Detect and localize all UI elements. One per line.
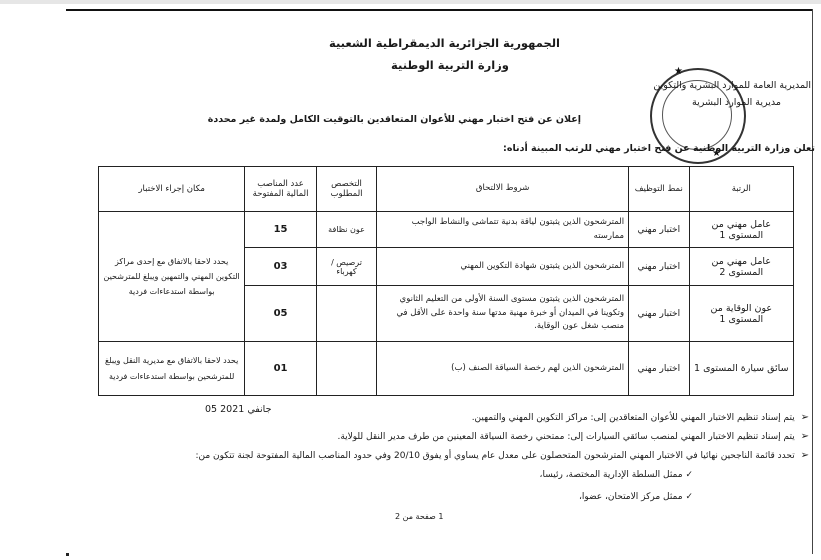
cell-mode: اختبار مهني [629, 248, 689, 286]
committee-text: ممثل مركز الامتحان، عضوا، [579, 492, 683, 502]
ministry-heading: وزارة التربية الوطنية [340, 58, 560, 72]
cell-grade: عامل مهني من المستوى 2 [689, 248, 793, 286]
star-icon: ★ [674, 66, 683, 77]
cell-count: 05 [245, 286, 316, 342]
col-mode: نمط التوظيف [629, 167, 689, 212]
note-item: ➢ يتم إسناد تنظيم الاختبار المهني للأعوا… [109, 412, 809, 431]
col-place: مكان إجراء الاختبار [99, 167, 245, 212]
cell-mode: اختبار مهني [629, 212, 689, 248]
cell-place: يحدد لاحقا بالاتفاق مع إحدى مراكز التكوي… [99, 212, 245, 342]
arrow-bullet-icon: ➢ [801, 450, 809, 461]
directorate-general: المديرية العامة للموارد البشرية والتكوين [653, 80, 811, 91]
cell-conditions: المترشحون الذين يثبتون شهادة التكوين الم… [377, 248, 629, 286]
announcement-intro: تعلن وزارة التربية الوطنية عن فتح اختبار… [503, 143, 815, 154]
page-right-edge [812, 9, 813, 554]
notes-list: ➢ يتم إسناد تنظيم الاختبار المهني للأعوا… [109, 412, 809, 469]
committee-text: ممثل السلطة الإدارية المختصة، رئيسا، [540, 470, 683, 480]
directorate-hr: مديرية الموارد البشرية [692, 97, 781, 108]
cell-grade: سائق سيارة المستوى 1 [689, 342, 793, 396]
cell-count: 01 [245, 342, 316, 396]
page-number: 1 صفحة من 2 [395, 512, 443, 521]
committee-item: ✓ ممثل السلطة الإدارية المختصة، رئيسا، [540, 470, 693, 492]
committee-list: ✓ ممثل السلطة الإدارية المختصة، رئيسا، ✓… [540, 470, 693, 514]
check-icon: ✓ [685, 470, 693, 480]
cell-conditions: المترشحون الذين يثبتون لياقة بدنية تتماش… [377, 212, 629, 248]
col-conditions: شروط الالتحاق [377, 167, 629, 212]
scan-mark [66, 553, 69, 556]
cell-specialty: ترصيص / كهرباء [316, 248, 376, 286]
note-text: يتم إسناد تنظيم الاختبار المهني للأعوان … [472, 413, 795, 423]
cell-conditions: المترشحون الذين يثبتون مستوى السنة الأول… [377, 286, 629, 342]
arrow-bullet-icon: ➢ [801, 431, 809, 442]
cell-place: يحدد لاحقا بالاتفاق مع مديرية النقل ويبل… [99, 342, 245, 396]
cell-specialty: عون نظافة [316, 212, 376, 248]
cell-conditions: المترشحون الذين لهم رخصة السياقة الصنف (… [377, 342, 629, 396]
check-icon: ✓ [685, 492, 693, 502]
positions-table: الرتبة نمط التوظيف شروط الالتحاق التخصص … [98, 166, 794, 396]
page-top-rule [66, 9, 812, 11]
table-row: سائق سيارة المستوى 1 اختبار مهني المترشح… [99, 342, 794, 396]
republic-heading: الجمهورية الجزائرية الديمقراطية الشعبية [340, 36, 560, 50]
table-header-row: الرتبة نمط التوظيف شروط الالتحاق التخصص … [99, 167, 794, 212]
note-text: يتم إسناد تنظيم الاختبار المهني لمنصب سا… [337, 432, 794, 442]
col-grade: الرتبة [689, 167, 793, 212]
cell-mode: اختبار مهني [629, 286, 689, 342]
cell-mode: اختبار مهني [629, 342, 689, 396]
committee-item: ✓ ممثل مركز الامتحان، عضوا، [540, 492, 693, 514]
col-specialty: التخصص المطلوب [316, 167, 376, 212]
col-count: عدد المناصب المالية المفتوحة [245, 167, 316, 212]
cell-grade: عامل مهني من المستوى 1 [689, 212, 793, 248]
note-item: ➢ تحدد قائمة الناجحين نهائيا في الاختبار… [109, 450, 809, 469]
arrow-bullet-icon: ➢ [801, 412, 809, 423]
cell-count: 03 [245, 248, 316, 286]
window-top-bar [0, 0, 821, 4]
cell-count: 15 [245, 212, 316, 248]
cell-specialty [316, 342, 376, 396]
note-item: ➢ يتم إسناد تنظيم الاختبار المهني لمنصب … [109, 431, 809, 450]
cell-specialty [316, 286, 376, 342]
cell-grade: عون الوقاية من المستوى 1 [689, 286, 793, 342]
note-text: تحدد قائمة الناجحين نهائيا في الاختبار ا… [195, 451, 794, 461]
announcement-title: إعلان عن فتح اختبار مهني للأعوان المتعاق… [208, 114, 581, 125]
table-row: عامل مهني من المستوى 1 اختبار مهني المتر… [99, 212, 794, 248]
